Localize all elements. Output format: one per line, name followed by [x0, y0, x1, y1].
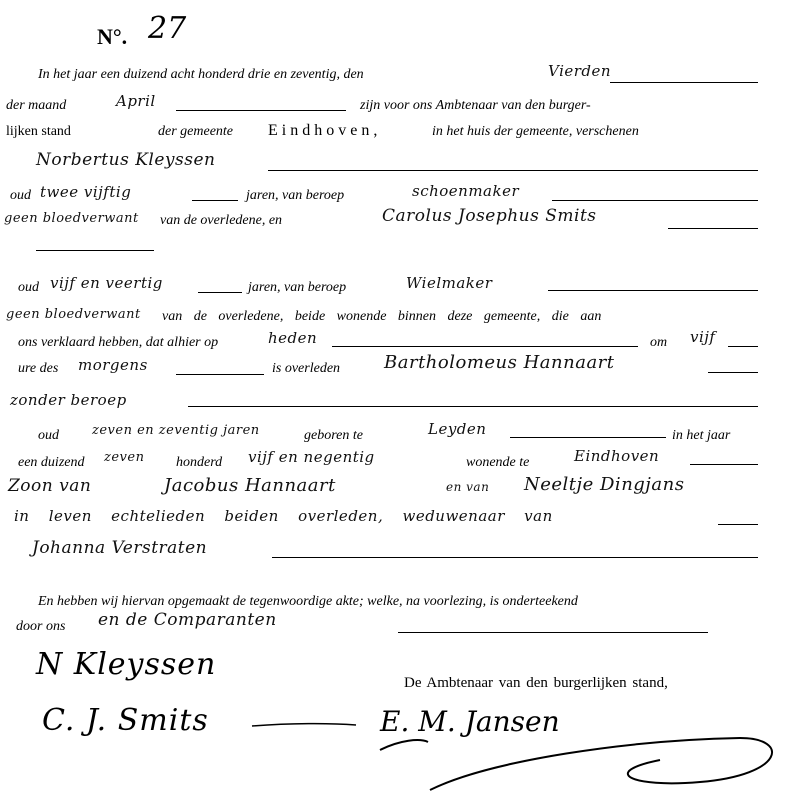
fill-rule — [36, 250, 154, 251]
line2-print-b-text: zijn voor ons Ambtenaar van den burger- — [360, 98, 591, 113]
signature-flourish-icon — [370, 720, 790, 800]
fill-rule — [548, 290, 758, 291]
line7-print-a: oud — [18, 281, 39, 295]
fill-rule — [668, 228, 758, 229]
municipality-name: Eindhoven, — [268, 123, 381, 139]
birth-year-part1: zeven — [104, 451, 144, 464]
line13-print-b: honderd — [176, 456, 222, 470]
line9-print-a: ons verklaard hebben, dat alhier op — [18, 336, 218, 350]
line3-print-c: in het huis der gemeente, verschenen — [432, 125, 639, 139]
line6-print-a: van de overledene, en — [160, 214, 282, 228]
line2-month: April — [116, 94, 156, 109]
fill-rule — [398, 632, 708, 633]
and-the-declarants: en de Comparanten — [98, 612, 277, 629]
line3-print-b: der gemeente — [158, 125, 233, 139]
father-name: Jacobus Hannaart — [164, 477, 336, 495]
fill-rule — [268, 170, 758, 171]
fill-rule — [198, 292, 242, 293]
fill-rule — [176, 110, 346, 111]
and-of: en van — [446, 481, 489, 493]
fill-rule — [192, 200, 238, 201]
son-of: Zoon van — [8, 478, 91, 495]
line2-print-a: der maand — [6, 99, 66, 113]
declarant2-occupation: Wielmaker — [406, 276, 492, 291]
fill-rule — [510, 437, 666, 438]
line3-print-a: lijken stand — [6, 125, 71, 139]
line12-print-a: oud — [38, 429, 59, 443]
fill-rule — [610, 82, 758, 83]
line13-print-a: een duizend — [18, 456, 84, 470]
line10-print-a: ure des — [18, 362, 58, 376]
declarant1-age: twee vijftig — [40, 185, 131, 200]
signature-witness1: N Kleyssen — [36, 650, 216, 680]
fill-rule — [272, 557, 758, 558]
line9-print-b: om — [650, 336, 667, 350]
fill-rule — [332, 346, 638, 347]
parents-status-and-widower: in leven echtelieden beiden overleden, w… — [14, 509, 553, 524]
fill-rule — [708, 372, 758, 373]
fill-rule — [552, 200, 758, 201]
deceased-occupation: zonder beroep — [10, 393, 127, 408]
fill-rule — [188, 406, 758, 407]
closing-by-us: door ons — [16, 620, 65, 634]
fill-rule — [176, 374, 264, 375]
line10-print-b: is overleden — [272, 362, 340, 376]
line1-print: In het jaar een duizend acht honderd dri… — [38, 68, 364, 82]
line5-print-b: jaren, van beroep — [246, 189, 344, 203]
line12-print-b: geboren te — [304, 429, 363, 443]
birth-place: Leyden — [428, 422, 486, 437]
line1-day: Vierden — [548, 64, 611, 79]
death-day: heden — [268, 331, 317, 346]
death-time-of-day: morgens — [78, 358, 148, 373]
line5-print-a: oud — [10, 189, 31, 203]
act-number-value: 27 — [148, 14, 186, 44]
declarant1-relation: geen bloedverwant — [4, 212, 139, 225]
deceased-name: Bartholomeus Hannaart — [384, 354, 615, 372]
declarant1-occupation: schoenmaker — [412, 184, 519, 199]
death-hour: vijf — [690, 330, 715, 345]
line8-print-a: van de overledene, beide wonende binnen … — [162, 310, 601, 324]
fill-rule — [690, 464, 758, 465]
line12-print-c: in het jaar — [672, 429, 730, 443]
signature-underline-icon — [250, 720, 360, 732]
fill-rule — [728, 346, 758, 347]
declarant2-relation: geen bloedverwant — [6, 308, 141, 321]
death-certificate-page: N°. 27 In het jaar een duizend acht hond… — [0, 0, 800, 800]
birth-year-part2: vijf en negentig — [248, 450, 375, 465]
act-number-label: N°. — [97, 26, 127, 48]
declarant2-name: Carolus Josephus Smits — [382, 208, 597, 225]
deceased-age: zeven en zeventig jaren — [92, 424, 260, 437]
closing-formula: En hebben wij hiervan opgemaakt de tegen… — [38, 595, 578, 609]
line7-print-b: jaren, van beroep — [248, 281, 346, 295]
declarant2-age: vijf en veertig — [50, 276, 163, 291]
signature-witness2: C. J. Smits — [42, 706, 209, 736]
line13-print-c: wonende te — [466, 456, 529, 470]
fill-rule — [718, 524, 758, 525]
spouse-name: Johanna Verstraten — [32, 540, 207, 557]
declarant1-name: Norbertus Kleyssen — [36, 152, 215, 169]
mother-name: Neeltje Dingjans — [524, 476, 684, 494]
official-title: De Ambtenaar van den burgerlijken stand, — [404, 676, 668, 691]
line2-print-b: zijn voor ons Ambtenaar van den burger- — [360, 99, 591, 113]
residence: Eindhoven — [574, 449, 659, 464]
